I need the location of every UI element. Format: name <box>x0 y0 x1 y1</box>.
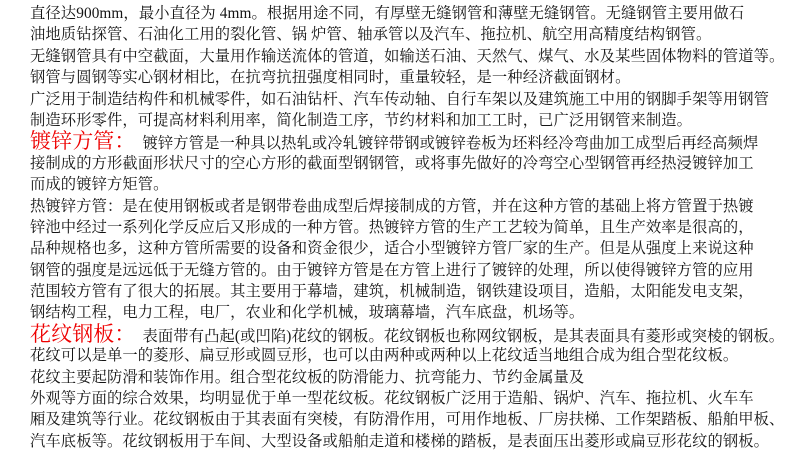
text-line: 品种规格也多，这种方管所需要的设备和资金很少，适合小型镀锌方管厂家的生产。但是从… <box>30 238 790 259</box>
text-line: 钢管与圆钢等实心钢材相比，在抗弯抗扭强度相同时，重量较轻，是一种经济截面钢材。 <box>30 67 790 88</box>
text-line: 而成的镀锌方矩管。 <box>30 174 790 195</box>
text-line: 花纹主要起防滑和装饰作用。组合型花纹板的防滑能力、抗弯能力、节约金属量及 <box>30 367 790 388</box>
text-line: 广泛用于制造结构件和机械零件，如石油钻杆、汽车传动轴、自行车架以及建筑施工中用的… <box>30 89 790 110</box>
text-line: 锌池中经过一系列化学反应后又形成的一种方管。热镀锌方管的生产工艺较为简单，且生产… <box>30 217 790 238</box>
text-line: 镀锌方管：镀锌方管是一种具以热轧或冷轧镀锌带钢或镀锌卷板为坯料经冷弯曲加工成型后… <box>30 131 790 152</box>
text-line: 油地质钻探管、石油化工用的裂化管、锅 炉管、轴承管以及汽车、拖拉机、航空用高精度… <box>30 24 790 45</box>
text-line: 直径达900mm，最小直径为 4mm。根据用途不同，有厚壁无缝钢管和薄壁无缝钢管… <box>30 3 790 24</box>
text-line: 无缝钢管具有中空截面，大量用作输送流体的管道，如输送石油、天然气、煤气、水及某些… <box>30 46 790 67</box>
text-line: 外观等方面的综合效果，均明显优于单一型花纹板。花纹钢板广泛用于造船、锅炉、汽车、… <box>30 388 790 409</box>
text-line: 接制成的方形截面形状尺寸的空心方形的截面型钢钢管，或将事先做好的冷弯空心型钢管再… <box>30 153 790 174</box>
section-heading-galvanized-square-pipe: 镀锌方管： <box>30 129 136 153</box>
text-line: 花纹钢板：表面带有凸起(或凹陷)花纹的钢板。花纹钢板也称网纹钢板，是其表面具有菱… <box>30 324 790 345</box>
section-lead-text: 表面带有凸起(或凹陷)花纹的钢板。花纹钢板也称网纹钢板，是其表面具有菱形或突棱的… <box>143 328 785 345</box>
text-line: 花纹可以是单一的菱形、扁豆形或圆豆形，也可以由两种或两种以上花纹适当地组合成为组… <box>30 345 790 366</box>
document-page: 直径达900mm，最小直径为 4mm。根据用途不同，有厚壁无缝钢管和薄壁无缝钢管… <box>0 0 790 460</box>
text-line: 范围较方管有了很大的拓展。其主要用于幕墙，建筑，机械制造，钢铁建设项目，造船，太… <box>30 281 790 302</box>
text-line: 厢及建筑等行业。花纹钢板由于其表面有突棱，有防滑作用，可用作地板、厂房扶梯、工作… <box>30 409 790 430</box>
text-line: 制造环形零件，可提高材料利用率，简化制造工序，节约材料和加工工时，已广泛用钢管来… <box>30 110 790 131</box>
text-line: 汽车底板等。花纹钢板用于车间、大型设备或船舶走道和楼梯的踏板，是表面压出菱形或扁… <box>30 431 790 452</box>
text-line: 热镀锌方管：是在使用钢板或者是钢带卷曲成型后焊接制成的方管，并在这种方管的基础上… <box>30 196 790 217</box>
section-heading-checkered-steel-plate: 花纹钢板： <box>30 322 136 346</box>
text-line: 钢结构工程，电力工程，电厂，农业和化学机械，玻璃幕墙，汽车底盘，机场等。 <box>30 302 790 323</box>
section-lead-text: 镀锌方管是一种具以热轧或冷轧镀锌带钢或镀锌卷板为坯料经冷弯曲加工成型后再经高频焊 <box>143 135 759 152</box>
text-line: 钢管的强度是远远低于无缝方管的。由于镀锌方管是在方管上进行了镀锌的处理，所以使得… <box>30 260 790 281</box>
